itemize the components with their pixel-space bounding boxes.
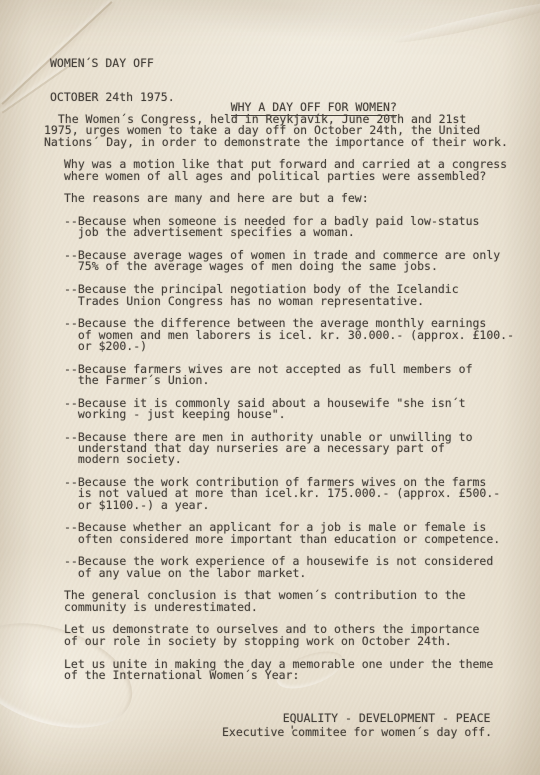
text-line: often considered more important than edu… [64, 534, 514, 545]
paragraph-reason-farm-work-value: --Because the work contribution of farme… [64, 477, 514, 511]
text-line: job the advertisement specifies a woman. [64, 227, 514, 238]
text-line: community is underestimated. [64, 602, 514, 613]
paragraph-demonstrate: Let us demonstrate to ourselves and to o… [64, 624, 514, 647]
paragraph-reason-housewife-saying: --Because it is commonly said about a ho… [64, 398, 514, 421]
paragraph-intro: The Women´s Congress, held in Reykjavík,… [44, 114, 514, 148]
text-line: of the International Women´s Year: [64, 670, 514, 681]
text-line: of any value on the labor market. [64, 568, 514, 579]
paragraph-conclusion: The general conclusion is that women´s c… [64, 590, 514, 613]
paragraph-reason-farmers-wives-membership: --Because farmers wives are not accepted… [64, 364, 514, 387]
document-body: The Women´s Congress, held in Reykjavík,… [44, 114, 514, 693]
document-page: WOMEN´S DAY OFF OCTOBER 24th 1975. WHY A… [0, 0, 540, 775]
paragraph-reason-earnings-difference: --Because the difference between the ave… [64, 318, 514, 352]
text-line: The reasons are many and here are but a … [64, 193, 514, 204]
paragraph-reason-union-representative: --Because the principal negotiation body… [64, 284, 514, 307]
text-line: Nations´ Day, in order to demonstrate th… [44, 137, 514, 148]
paragraph-reason-work-experience: --Because the work experience of a house… [64, 556, 514, 579]
paragraph-reasons-lead: The reasons are many and here are but a … [64, 193, 514, 204]
paragraph-motion-question: Why was a motion like that put forward a… [64, 159, 514, 182]
paper-crease-top-right [393, 0, 540, 48]
paragraph-reason-applicant-gender: --Because whether an applicant for a job… [64, 522, 514, 545]
paragraph-reason-day-nurseries: --Because there are men in authority una… [64, 432, 514, 466]
text-line: the Farmer´s Union. [64, 375, 514, 386]
text-line: 75% of the average wages of men doing th… [64, 261, 514, 272]
header-line-2: OCTOBER 24th 1975. [50, 92, 175, 103]
text-line: Trades Union Congress has no woman repre… [64, 296, 514, 307]
slogan-text: EQUALITY - DEVELOPMENT - PEACE [283, 711, 491, 725]
paragraph-reason-average-wages: --Because average wages of women in trad… [64, 250, 514, 273]
signature-line: Executive commitee for women´s day off. [222, 727, 492, 738]
text-line: where women of all ages and political pa… [64, 171, 514, 182]
text-line: or $200.-) [64, 341, 514, 352]
text-line: or $1100.-) a year. [64, 500, 514, 511]
screenshot-root: { "document": { "header": { "line1": "WO… [0, 0, 540, 775]
text-line: modern society. [64, 454, 514, 465]
text-line: working - just keeping house". [64, 409, 514, 420]
header-line-1: WOMEN´S DAY OFF [50, 58, 175, 69]
paragraph-unite: Let us unite in making the day a memorab… [64, 659, 514, 682]
text-line: of our role in society by stopping work … [64, 636, 514, 647]
paragraph-reason-low-status-job: --Because when someone is needed for a b… [64, 216, 514, 239]
